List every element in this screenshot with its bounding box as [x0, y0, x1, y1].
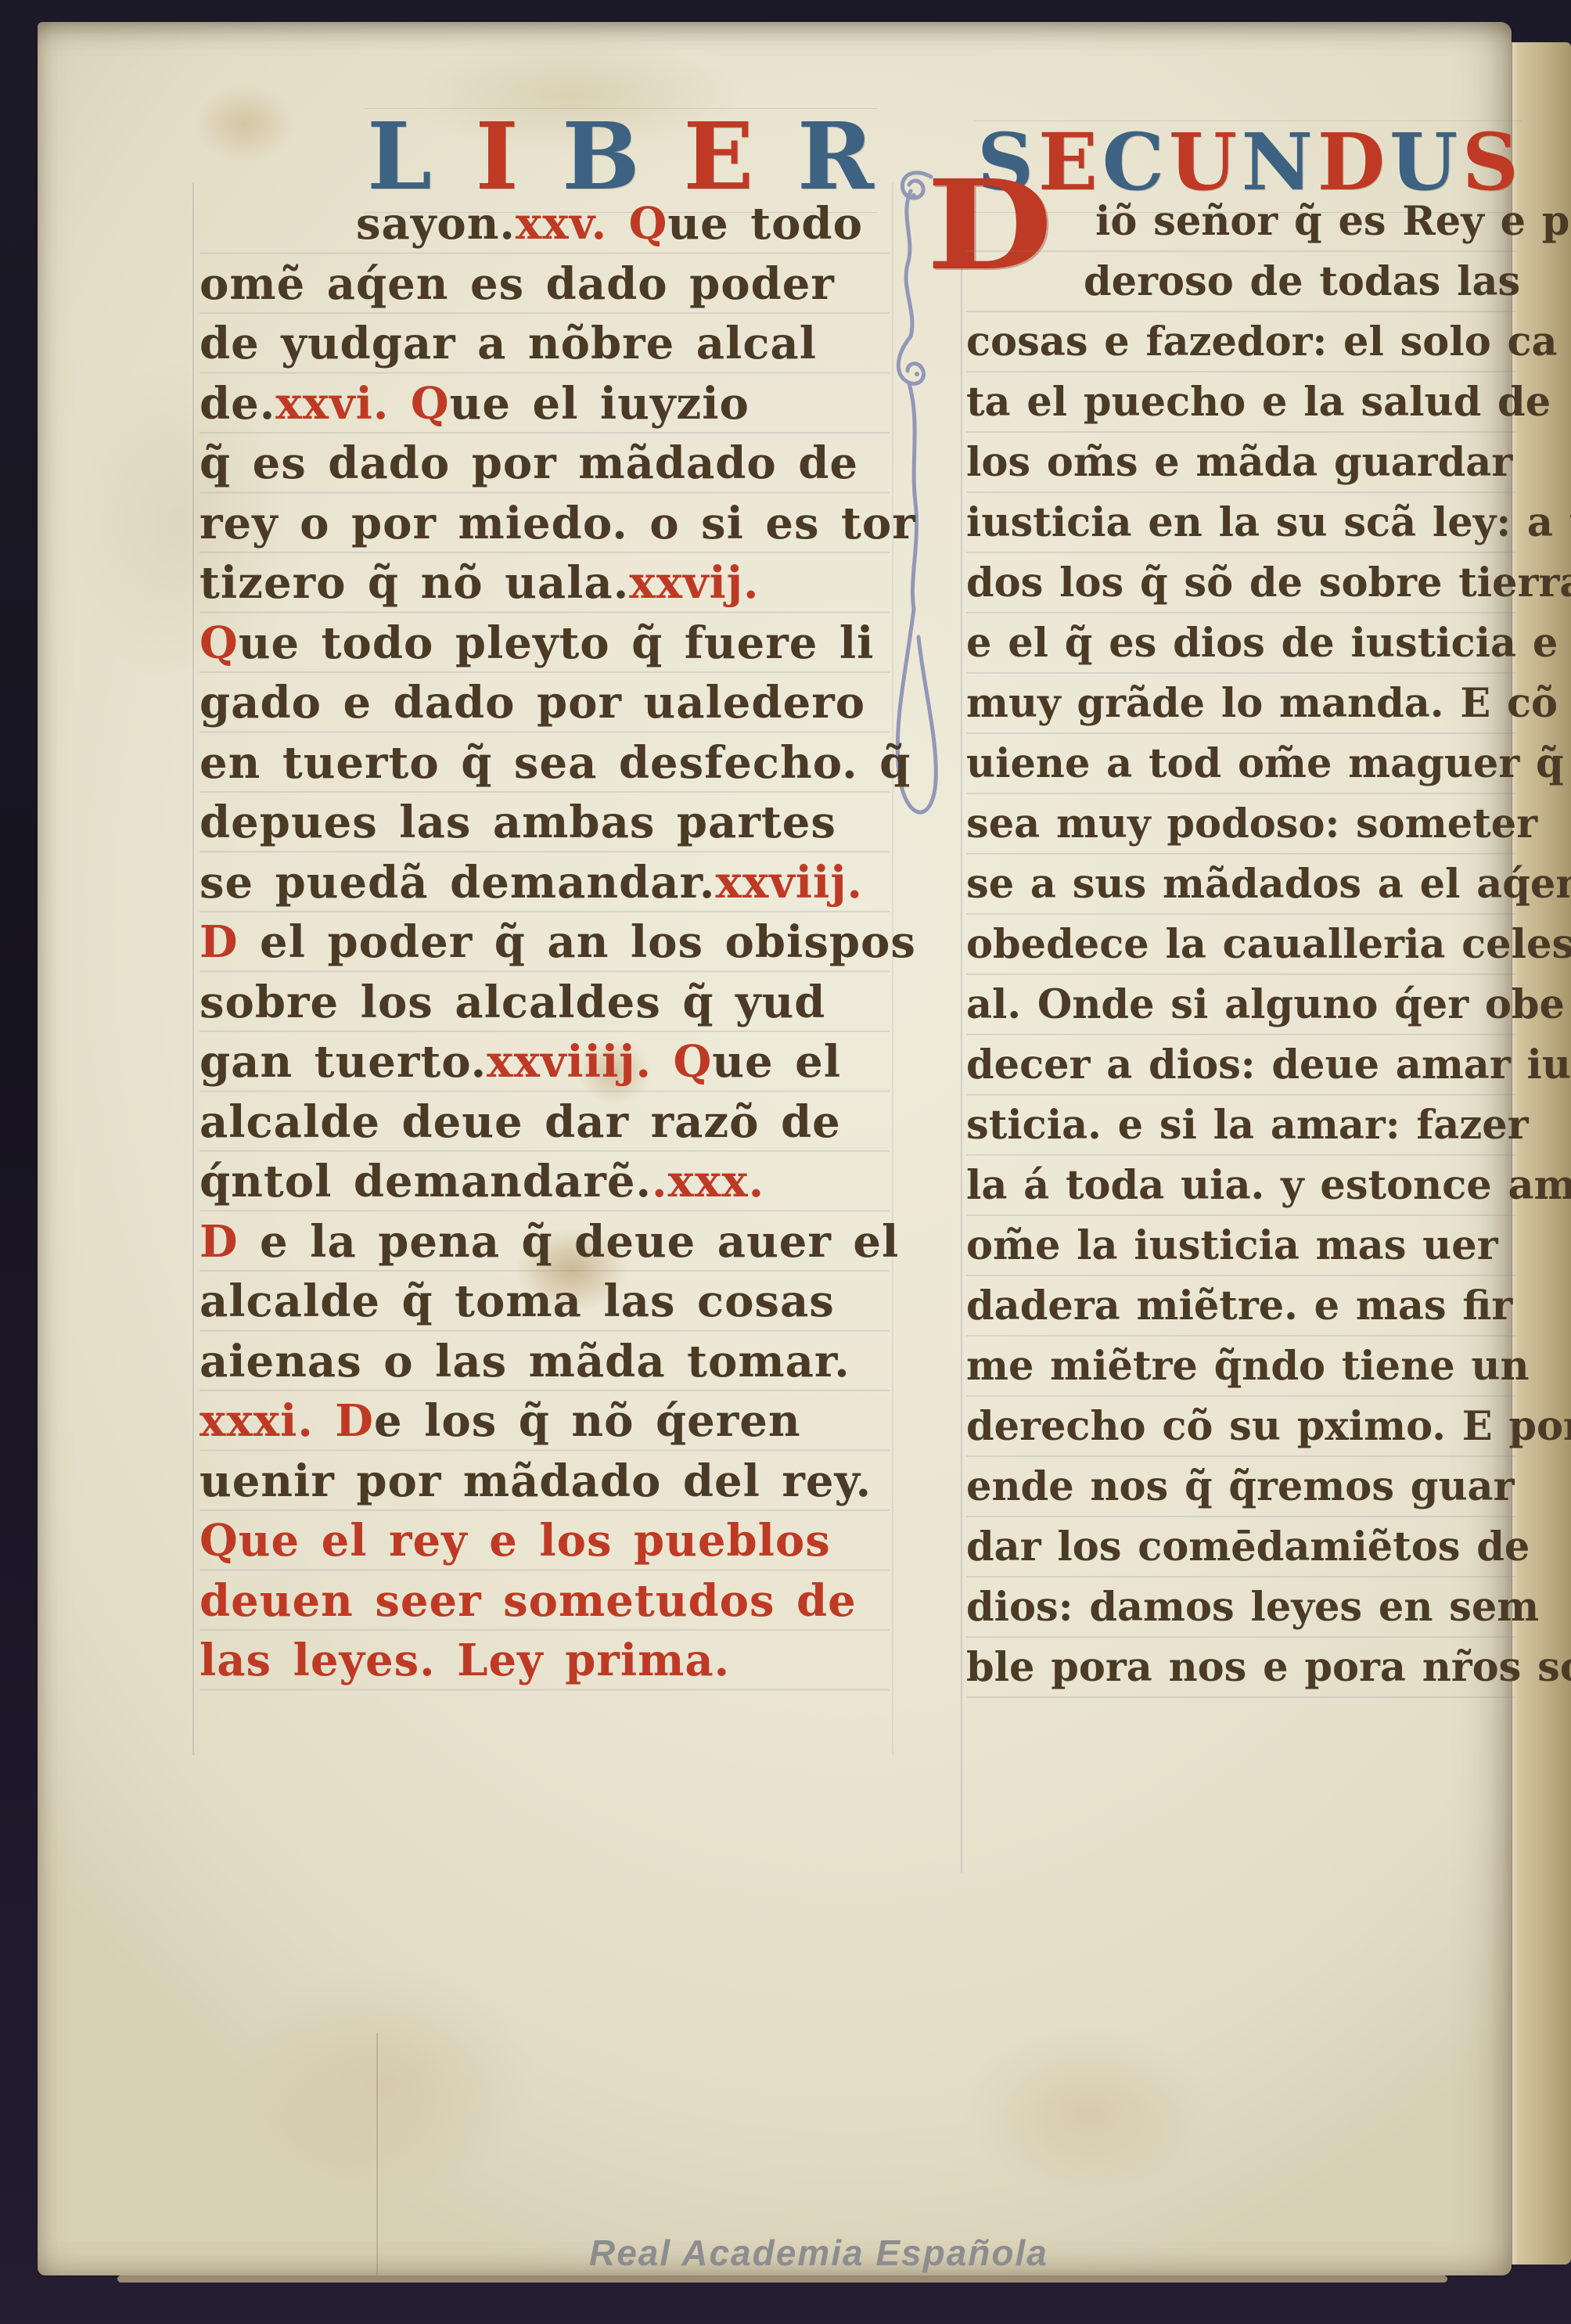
ruling-line — [192, 182, 194, 1755]
rubric-text: xxvij. — [629, 557, 759, 609]
ink-text: rey o por miedo. o si es tor — [200, 498, 916, 549]
ink-text: gan tuerto. — [200, 1036, 487, 1088]
manuscript-line: decer a dios: deue amar iu — [966, 1035, 1515, 1095]
rubric-text: xxviij. — [715, 857, 863, 908]
ink-text: en tuerto q̃ sea desfecho. q̃ — [200, 737, 911, 789]
header-letter: N — [1242, 123, 1313, 201]
manuscript-line: me miẽtre q̃ndo tiene un — [966, 1336, 1515, 1397]
rubric-text: xxxi. D — [200, 1395, 374, 1447]
ink-text: q́ntol demandarẽ. — [200, 1156, 652, 1207]
parchment-stain — [961, 2025, 1211, 2197]
manuscript-line: omẽ aq́en es dado poder — [200, 254, 890, 315]
manuscript-line: de.xxvi. Que el iuyzio — [200, 374, 890, 434]
manuscript-line: de yudgar a nõbre alcal — [200, 314, 890, 374]
ink-text: derecho cõ su pximo. E por — [966, 1403, 1571, 1450]
manuscript-line: dos los q̃ sõ de sobre tierra. — [966, 553, 1515, 613]
ink-text: q̃ es dado por mãdado de — [200, 437, 858, 489]
manuscript-line: deuen seer sometudos de — [200, 1571, 890, 1631]
manuscript-line: al. Onde si alguno q́er obe — [966, 975, 1515, 1035]
ink-text: la á toda uia. y estonce ama — [966, 1162, 1571, 1209]
header-letter: U — [1389, 123, 1458, 201]
ink-text: de. — [200, 378, 275, 430]
ink-text: omẽ aq́en es dado poder — [200, 258, 835, 310]
page-stack-edge — [1507, 42, 1571, 2265]
manuscript-line: dar los comēdamiẽtos de — [966, 1517, 1515, 1578]
ink-text: e el q̃ es dios de iusticia e — [966, 620, 1558, 667]
ink-text: de yudgar a nõbre alcal — [200, 318, 817, 369]
rubric-text: xxvi. Q — [275, 378, 449, 430]
ink-text: ue todo pleyto q̃ fuere li — [239, 617, 875, 669]
header-letter: S — [1462, 123, 1519, 201]
ink-text: aienas o las mãda tomar. — [200, 1336, 850, 1387]
header-letter: U — [1169, 123, 1237, 201]
ink-text: cosas e fazedor: el solo ca — [966, 318, 1558, 365]
manuscript-line: se a sus mãdados a el aq́en — [966, 854, 1515, 915]
ink-text: uenir por mãdado del rey. — [200, 1455, 872, 1507]
header-letter: C — [1102, 123, 1165, 201]
ink-text: me miẽtre q̃ndo tiene un — [966, 1343, 1530, 1390]
manuscript-line: rey o por miedo. o si es tor — [200, 494, 890, 554]
manuscript-line: ble pora nos e pora nr̃os so — [966, 1638, 1515, 1698]
manuscript-line: cosas e fazedor: el solo ca — [966, 312, 1515, 372]
bottom-page-edge — [117, 2275, 1447, 2283]
ink-text: ta el puecho e la salud de — [966, 379, 1551, 426]
ink-text: om̃e la iusticia mas uer — [966, 1222, 1498, 1269]
ink-text: dadera miẽtre. e mas fir — [966, 1283, 1512, 1329]
manuscript-line: alcalde deue dar razõ de — [200, 1092, 890, 1153]
ink-text: sobre los alcaldes q̃ yud — [200, 977, 825, 1028]
ink-text: muy grãde lo manda. E cõ — [966, 680, 1558, 727]
rubric-text: las leyes. Ley prima. — [200, 1635, 730, 1686]
manuscript-line: q́ntol demandarẽ..xxx. — [200, 1152, 890, 1212]
manuscript-line: tizero q̃ nõ uala.xxvij. — [200, 553, 890, 613]
ink-text: iusticia en la su scã ley: a to — [966, 499, 1571, 546]
ink-text: ue el — [712, 1036, 841, 1088]
manuscript-line: los om̃s e mãda guardar — [966, 433, 1515, 493]
manuscript-line: deroso de todas las — [966, 252, 1515, 312]
ink-text: se a sus mãdados a el aq́en — [966, 861, 1571, 908]
manuscript-line: sticia. e si la amar: fazer — [966, 1095, 1515, 1156]
rubric-text: D — [200, 916, 239, 968]
manuscript-line: Que el rey e los pueblos — [200, 1511, 890, 1571]
rubric-text: Que el rey e los pueblos — [200, 1515, 831, 1567]
ink-text: dos los q̃ sõ de sobre tierra. — [966, 559, 1571, 606]
manuscript-line: sea muy podoso: someter — [966, 794, 1515, 854]
ink-text: obedece la caualleria celesti — [966, 921, 1571, 968]
rubric-text: .xxx. — [652, 1156, 764, 1207]
rubric-text: xxv. Q — [516, 198, 667, 250]
manuscript-line: se puedã demandar.xxviij. — [200, 853, 890, 913]
ink-text: los om̃s e mãda guardar — [966, 439, 1512, 486]
manuscript-line: D el poder q̃ an los obispos — [200, 912, 890, 973]
manuscript-line: Que todo pleyto q̃ fuere li — [200, 613, 890, 674]
ink-text: uiene a tod om̃e maguer q̃ — [966, 740, 1564, 787]
manuscript-line: uenir por mãdado del rey. — [200, 1452, 890, 1512]
rubric-text: Q — [200, 617, 239, 669]
manuscript-line: las leyes. Ley prima. — [200, 1631, 890, 1691]
parchment-stain — [194, 85, 296, 163]
manuscript-line: gan tuerto.xxviiij. Que el — [200, 1032, 890, 1092]
manuscript-line: iusticia en la su scã ley: a to — [966, 493, 1515, 553]
fold-line — [376, 2033, 378, 2275]
manuscript-line: aienas o las mãda tomar. — [200, 1332, 890, 1392]
library-watermark: Real Academia Española — [589, 2232, 1048, 2274]
rubric-text: xxviiij. Q — [487, 1036, 712, 1088]
ink-text: tizero q̃ nõ uala. — [200, 557, 629, 609]
manuscript-line: obedece la caualleria celesti — [966, 915, 1515, 975]
parchment-page: LIBER SECUNDUS D sayon.xxv. Que todoomẽ … — [38, 22, 1512, 2275]
ink-text: decer a dios: deue amar iu — [966, 1041, 1571, 1088]
ink-text: alcalde q̃ toma las cosas — [200, 1275, 835, 1327]
manuscript-line: sobre los alcaldes q̃ yud — [200, 973, 890, 1033]
parchment-stain — [241, 1962, 538, 2197]
ink-text: iõ señor q̃ es Rey e po — [1095, 198, 1571, 245]
ink-text: alcalde deue dar razõ de — [200, 1096, 841, 1148]
header-letter: B — [562, 110, 640, 203]
ruling-line — [961, 182, 962, 1873]
manuscript-line: dios: damos leyes en sem — [966, 1578, 1515, 1638]
manuscript-line: D e la pena q̃ deue auer el — [200, 1212, 890, 1272]
manuscript-line: la á toda uia. y estonce ama — [966, 1156, 1515, 1216]
ink-text: se puedã demandar. — [200, 857, 715, 908]
manuscript-line: depues las ambas partes — [200, 793, 890, 853]
manuscript-line: sayon.xxv. Que todo — [200, 194, 890, 254]
header-letter: E — [683, 110, 753, 203]
header-letter: L — [367, 110, 432, 203]
ink-text: e la pena q̃ deue auer el — [239, 1216, 900, 1268]
ink-text: ue todo — [667, 198, 863, 250]
book-photo-background: LIBER SECUNDUS D sayon.xxv. Que todoomẽ … — [0, 0, 1571, 2324]
ink-text: ue el iuyzio — [450, 378, 750, 430]
header-letter: I — [475, 110, 518, 203]
header-letter: D — [1318, 123, 1386, 201]
ink-text: sticia. e si la amar: fazer — [966, 1102, 1529, 1149]
manuscript-line: om̃e la iusticia mas uer — [966, 1216, 1515, 1276]
left-column: sayon.xxv. Que todoomẽ aq́en es dado pod… — [200, 194, 890, 1691]
manuscript-line: alcalde q̃ toma las cosas — [200, 1272, 890, 1332]
manuscript-line: derecho cõ su pximo. E por — [966, 1397, 1515, 1457]
manuscript-line: dadera miẽtre. e mas fir — [966, 1276, 1515, 1336]
ink-text: sea muy podoso: someter — [966, 800, 1537, 847]
manuscript-line: en tuerto q̃ sea desfecho. q̃ — [200, 733, 890, 793]
manuscript-line: xxxi. De los q̃ nõ q́eren — [200, 1391, 890, 1452]
ink-text: al. Onde si alguno q́er obe — [966, 981, 1565, 1028]
manuscript-line: muy grãde lo manda. E cõ — [966, 674, 1515, 734]
manuscript-line: q̃ es dado por mãdado de — [200, 434, 890, 494]
ink-text: sayon. — [356, 198, 516, 250]
ink-text: deroso de todas las — [1084, 258, 1520, 305]
manuscript-line: ende nos q̃ q̃remos guar — [966, 1457, 1515, 1517]
ink-text: dar los comēdamiẽtos de — [966, 1524, 1530, 1570]
header-letter: R — [797, 110, 874, 203]
manuscript-line: ta el puecho e la salud de — [966, 372, 1515, 433]
ink-text: ende nos q̃ q̃remos guar — [966, 1463, 1514, 1510]
ink-text: el poder q̃ an los obispos — [239, 916, 916, 968]
right-column: iõ señor q̃ es Rey e poderoso de todas l… — [966, 192, 1515, 1698]
manuscript-line: e el q̃ es dios de iusticia e — [966, 613, 1515, 674]
rubric-text: D — [200, 1216, 239, 1268]
manuscript-line: gado e dado por ualedero — [200, 673, 890, 733]
ink-text: dios: damos leyes en sem — [966, 1584, 1539, 1631]
manuscript-line: iõ señor q̃ es Rey e po — [966, 192, 1515, 252]
ink-text: depues las ambas partes — [200, 797, 836, 848]
ink-text: e los q̃ nõ q́eren — [374, 1395, 801, 1447]
manuscript-line: uiene a tod om̃e maguer q̃ — [966, 734, 1515, 794]
ink-text: ble pora nos e pora nr̃os so — [966, 1644, 1571, 1691]
ink-text: gado e dado por ualedero — [200, 677, 865, 728]
rubric-text: deuen seer sometudos de — [200, 1575, 857, 1627]
